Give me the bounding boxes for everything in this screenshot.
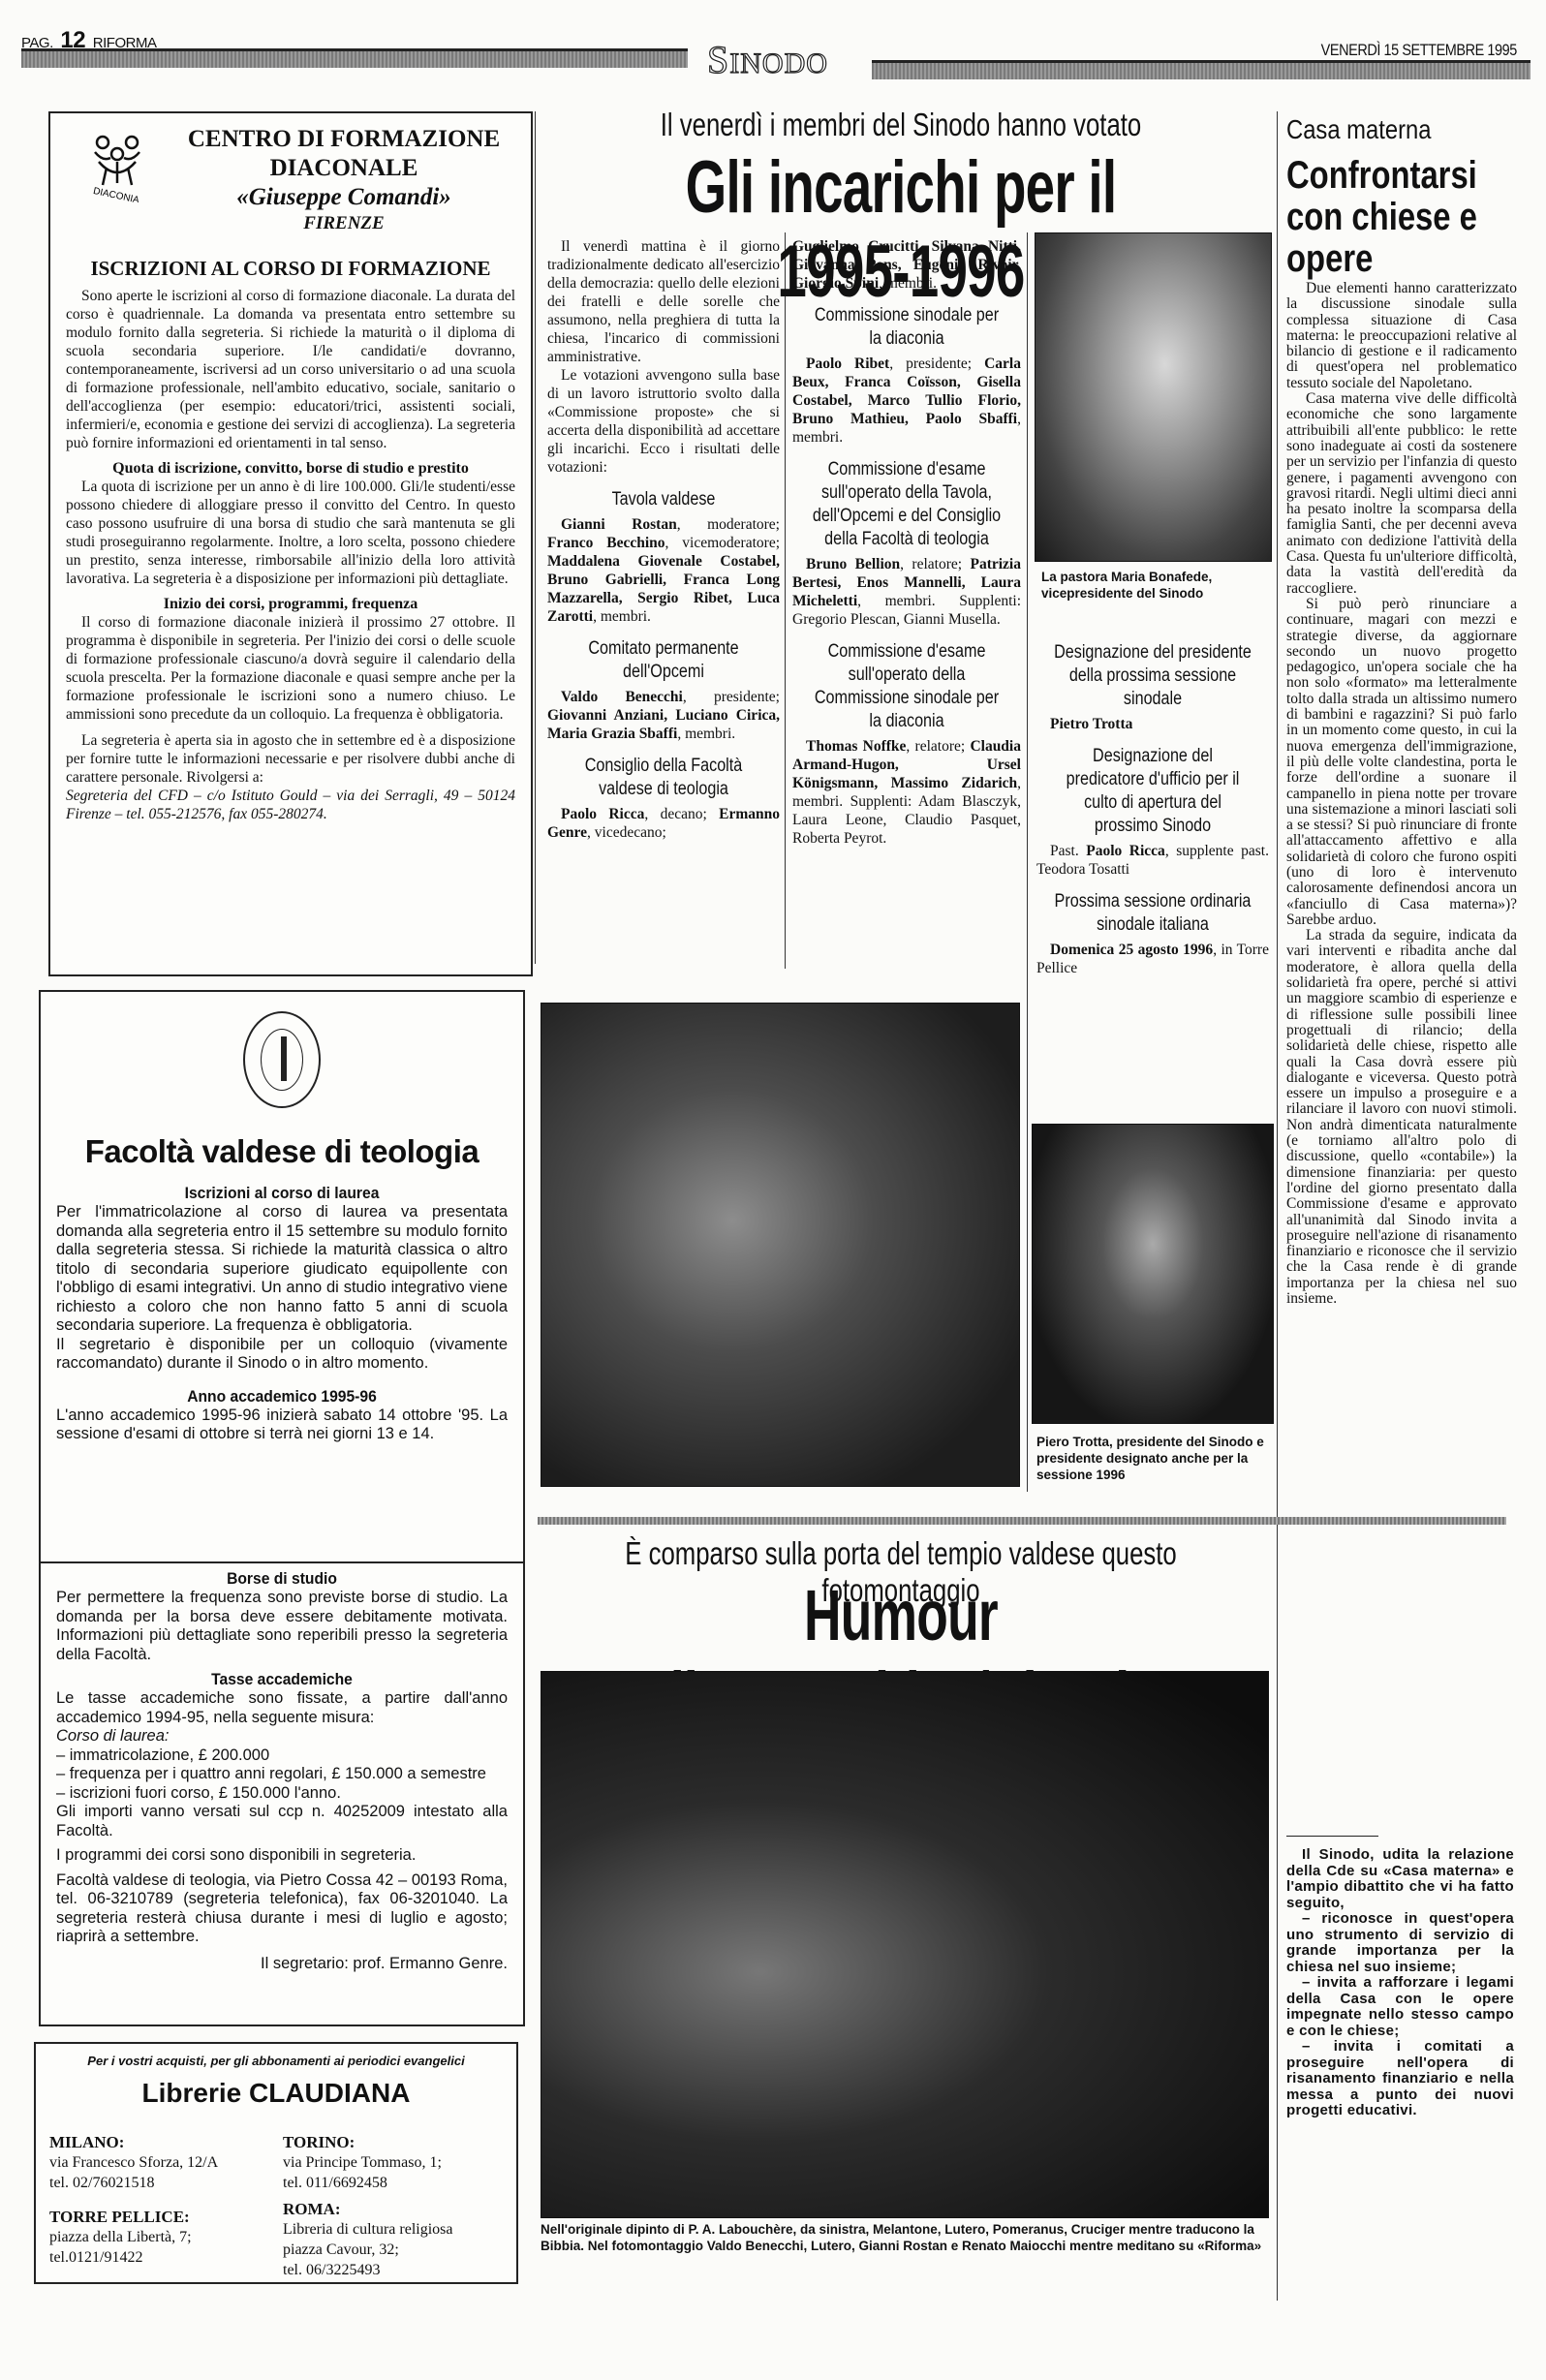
incarichi-column-2: Guglielmo Crucitti, Silvana Nitti, Giova…	[792, 237, 1021, 848]
caption-trotta: Piero Trotta, presidente del Sinodo e pr…	[1036, 1434, 1269, 1483]
section-title: SINODO	[707, 37, 828, 82]
facolta-subheading-iscrizioni: Iscrizioni al corso di laurea	[75, 1184, 490, 1203]
facolta-paragraph: Il segretario è disponibile per un collo…	[56, 1336, 508, 1374]
facolta-subheading-tasse: Tasse accademiche	[75, 1670, 490, 1689]
opcemi-members: Valdo Benecchi, presidente; Giovanni Anz…	[547, 688, 780, 743]
facolta-paragraph: Gli importi vanno versati sul ccp n. 402…	[56, 1803, 508, 1840]
caption-bonafede: La pastora Maria Bonafede, vicepresident…	[1041, 569, 1272, 602]
fee-item: – frequenza per i quattro anni regolari,…	[56, 1765, 508, 1784]
store-phone: tel.0121/91422	[49, 2247, 269, 2268]
store-name: Libreria di cultura religiosa	[283, 2219, 503, 2240]
esame-tavola-members: Bruno Bellion, relatore; Patrizia Bertes…	[792, 555, 1021, 629]
facolta-address: Facoltà valdese di teologia, via Pietro …	[56, 1871, 508, 1947]
facolta-advertisement: Facoltà valdese di teologia Iscrizioni a…	[39, 990, 525, 1563]
section-heading-sessione: Prossima sessione ordinaria sinodale ita…	[1054, 890, 1252, 937]
facolta-members: Paolo Ricca, decano; Ermanno Genre, vice…	[547, 805, 780, 842]
facolta-title: Facoltà valdese di teologia	[56, 1133, 508, 1170]
tavola-members: Gianni Rostan, moderatore; Franco Becchi…	[547, 515, 780, 626]
motion-paragraph: Il Sinodo, udita la relazione della Cde …	[1286, 1847, 1514, 1911]
article-paragraph: La strada da seguire, indicata da vari i…	[1286, 928, 1517, 1307]
cfd-paragraph: Il corso di formazione diaconale inizier…	[66, 613, 515, 724]
cfd-paragraph: Sono aperte le iscrizioni al corso di fo…	[66, 287, 515, 452]
facolta-paragraph: Per permettere la frequenza sono previst…	[56, 1589, 508, 1664]
store-column: TORINO: via Principe Tommaso, 1; tel. 01…	[283, 2126, 503, 2280]
store-city: TORINO:	[283, 2132, 503, 2152]
section-heading-predicatore: Designazione del predicatore d'ufficio p…	[1054, 745, 1252, 838]
article-paragraph: Due elementi hanno caratterizzato la dis…	[1286, 281, 1517, 391]
presidente-name: Pietro Trotta	[1036, 715, 1269, 733]
section-heading-esame-diaconia: Commissione d'esame sull'operato della C…	[810, 640, 1005, 733]
store-column: MILANO: via Francesco Sforza, 12/A tel. …	[49, 2126, 269, 2280]
claudiana-tagline: Per i vostri acquisti, per gli abbonamen…	[49, 2054, 503, 2068]
cfd-paragraph: La segreteria è aperta sia in agosto che…	[66, 731, 515, 787]
facolta-paragraph: Per l'immatricolazione al corso di laure…	[56, 1203, 508, 1336]
store-city: MILANO:	[49, 2132, 269, 2152]
cfd-title-line1: CENTRO DI FORMAZIONE	[172, 125, 515, 154]
sessione-date: Domenica 25 agosto 1996, in Torre Pellic…	[1036, 941, 1269, 977]
cfd-subheading-quota: Quota di iscrizione, convitto, borse di …	[66, 460, 515, 478]
store-city: ROMA:	[283, 2199, 503, 2219]
cfd-advertisement: DIACONIA CENTRO DI FORMAZIONE DIACONALE …	[48, 111, 533, 976]
esame-diaconia-members: Thomas Noffke, relatore; Claudia Armand-…	[792, 737, 1021, 848]
photo-piero-trotta	[1032, 1124, 1274, 1424]
casa-materna-kicker: Casa materna	[1286, 114, 1431, 145]
photo-voting-assembly	[541, 1003, 1020, 1487]
facolta-seal-icon	[243, 1011, 321, 1108]
cfd-heading: ISCRIZIONI AL CORSO DI FORMAZIONE	[66, 257, 515, 281]
section-heading-consiglio-facolta: Consiglio della Facoltà valdese di teolo…	[565, 755, 762, 801]
column-rule	[1027, 232, 1028, 1492]
fee-item: – iscrizioni fuori corso, £ 150.000 l'an…	[56, 1784, 508, 1804]
diaconia-members: Paolo Ribet, presidente; Carla Beux, Fra…	[792, 355, 1021, 447]
section-heading-opcemi: Comitato permanente dell'Opcemi	[565, 637, 762, 684]
diaconia-logo-icon: DIACONIA	[89, 133, 145, 202]
incarichi-column-3: Designazione del presidente della prossi…	[1036, 630, 1269, 977]
claudiana-advertisement: Per i vostri acquisti, per gli abbonamen…	[34, 2042, 518, 2284]
cfd-title-line2: DIACONALE	[172, 154, 515, 183]
facolta-subheading-borse: Borse di studio	[75, 1569, 490, 1589]
motion-divider	[1286, 1836, 1378, 1837]
facolta-paragraph: L'anno accademico 1995-96 inizierà sabat…	[56, 1406, 508, 1444]
store-address: via Francesco Sforza, 12/A	[49, 2152, 269, 2173]
section-heading-diaconia: Commissione sinodale per la diaconia	[810, 304, 1005, 351]
store-address: via Principe Tommaso, 1;	[283, 2152, 503, 2173]
masthead: PAG. 12 RIFORMA SINODO VENERDÌ 15 SETTEM…	[0, 0, 1546, 97]
facolta-signature: Il segretario: prof. Ermanno Genre.	[56, 1955, 508, 1974]
store-address: piazza Cavour, 32;	[283, 2240, 503, 2260]
section-rest: INODO	[729, 47, 828, 79]
issue-date: VENERDÌ 15 SETTEMBRE 1995	[1321, 41, 1517, 60]
section-heading-presidente: Designazione del presidente della prossi…	[1054, 641, 1252, 711]
cfd-address: Segreteria del CFD – c/o Istituto Gould …	[66, 787, 515, 823]
column-rule	[785, 232, 786, 969]
motion-paragraph: – riconosce in quest'opera uno strumento…	[1286, 1911, 1514, 1975]
casa-materna-headline: Confrontarsi con chiese e opere	[1286, 155, 1493, 280]
incarichi-kicker: Il venerdì i membri del Sinodo hanno vot…	[621, 107, 1180, 143]
store-phone: tel. 06/3225493	[283, 2260, 503, 2280]
facolta-members-continued: Guglielmo Crucitti, Silvana Nitti, Giova…	[792, 237, 1021, 293]
claudiana-name: Librerie CLAUDIANA	[49, 2078, 503, 2109]
photo-fotomontaggio	[541, 1671, 1269, 2218]
motion-paragraph: – invita a rafforzare i legami della Cas…	[1286, 1975, 1514, 2039]
article-paragraph: Si può però rinunciare a continuare, mag…	[1286, 597, 1517, 928]
predicatore-name: Past. Paolo Ricca, supplente past. Teodo…	[1036, 842, 1269, 879]
section-heading-esame-tavola: Commissione d'esame sull'operato della T…	[810, 458, 1005, 551]
cfd-paragraph: La quota di iscrizione per un anno è di …	[66, 478, 515, 588]
masthead-band-left	[21, 48, 688, 68]
motion-paragraph: – invita i comitati a proseguire nell'op…	[1286, 2039, 1514, 2119]
facolta-subheading-anno: Anno accademico 1995-96	[75, 1387, 490, 1406]
corso-label: Corso di laurea:	[56, 1727, 508, 1746]
cfd-subtitle: «Giuseppe Comandi»	[172, 183, 515, 212]
cfd-city: FIRENZE	[172, 212, 515, 235]
column-rule	[1277, 111, 1278, 2301]
facolta-paragraph: I programmi dei corsi sono disponibili i…	[56, 1846, 508, 1866]
article-paragraph: Il venerdì mattina è il giorno tradizion…	[547, 237, 780, 366]
store-phone: tel. 02/76021518	[49, 2173, 269, 2193]
facolta-paragraph: Le tasse accademiche sono fissate, a par…	[56, 1689, 508, 1727]
svg-text:DIACONIA: DIACONIA	[92, 186, 140, 202]
candle-icon	[281, 1036, 287, 1081]
cfd-subheading-inizio: Inizio dei corsi, programmi, frequenza	[66, 596, 515, 613]
synod-motion: Il Sinodo, udita la relazione della Cde …	[1286, 1847, 1514, 2119]
section-initial: S	[707, 38, 729, 81]
section-divider	[538, 1517, 1506, 1525]
column-rule	[535, 111, 536, 964]
store-address: piazza della Libertà, 7;	[49, 2227, 269, 2247]
store-list: MILANO: via Francesco Sforza, 12/A tel. …	[49, 2126, 503, 2280]
section-heading-tavola: Tavola valdese	[565, 488, 762, 511]
article-paragraph: Casa materna vive delle difficoltà econo…	[1286, 391, 1517, 597]
store-city: TORRE PELLICE:	[49, 2207, 269, 2227]
store-phone: tel. 011/6692458	[283, 2173, 503, 2193]
article-paragraph: Le votazioni avvengono sulla base di un …	[547, 366, 780, 477]
masthead-band-right	[872, 60, 1531, 79]
photo-maria-bonafede	[1035, 232, 1272, 562]
caption-fotomontaggio: Nell'originale dipinto di P. A. Labouchè…	[541, 2221, 1269, 2254]
facolta-advertisement-continued: Borse di studio Per permettere la freque…	[39, 1563, 525, 2026]
incarichi-column-1: Il venerdì mattina è il giorno tradizion…	[547, 237, 780, 842]
casa-materna-body: Due elementi hanno caratterizzato la dis…	[1286, 281, 1517, 1307]
fee-item: – immatricolazione, £ 200.000	[56, 1746, 508, 1766]
